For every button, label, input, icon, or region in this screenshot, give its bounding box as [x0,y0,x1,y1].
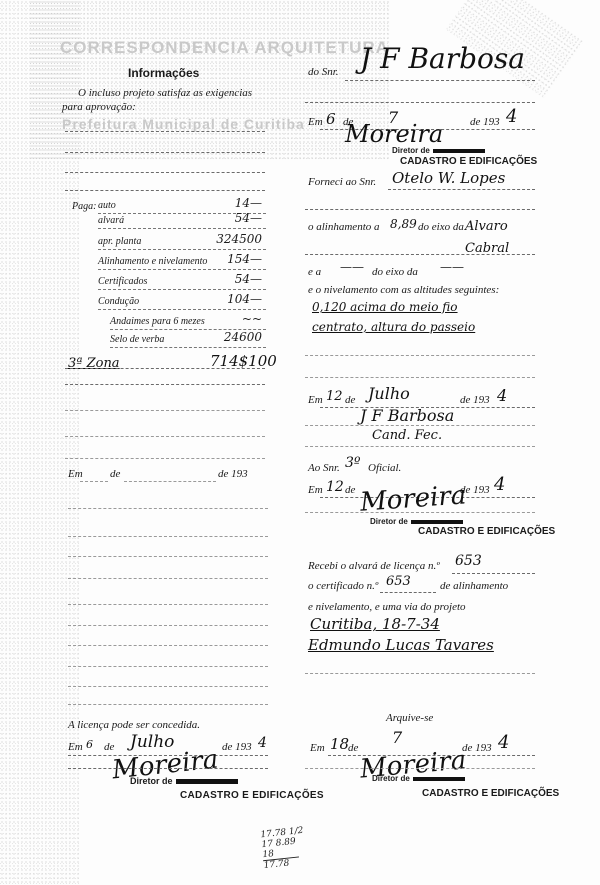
ruled-line [68,645,268,646]
signature-1: Moreira [345,120,443,148]
fee-value: 54— [235,272,262,286]
intro-text-2: para aprovação: [62,101,136,113]
ghost-header-1: CORRESPONDENCIA ARQUITETURA [60,38,389,58]
alinhamento-value: 8,89 [390,217,417,231]
fee-label: Certificados [98,276,147,287]
fee-value: 14— [235,196,262,210]
arquive-label: Arquive-se [386,712,433,724]
recebi-label: Recebi o alvará de licença n.º [308,560,440,572]
ao-snr-label: Ao Snr. [308,462,340,474]
certificado-label: o certificado n.º [308,580,378,592]
signature-2: J F Barbosa [360,406,454,425]
fee-label: Alinhamento e nivelamento [98,256,207,267]
licence-day: 6 [86,738,93,751]
ruled-line [68,625,268,626]
scanned-document-page: CORRESPONDENCIA ARQUITETURA Prefeitura M… [0,0,600,885]
alinhamento-label: o alinhamento a [308,221,380,233]
fee-label: Andaimes para 6 mezes [110,316,205,327]
ruled-line [68,686,268,687]
intro-text: O incluso projeto satisfaz as exigencias [78,87,252,99]
paga-label: Paga: [72,201,96,212]
ruled-line [305,446,535,447]
licence-year: 4 [258,735,267,751]
ruled-line [68,604,268,605]
fee-row: apr. planta324500 [98,236,266,250]
fee-value: 324500 [216,232,262,246]
do-snr-value: J F Barbosa [360,42,525,75]
fee-label: Condução [98,296,139,307]
director-dept-4: CADASTRO E EDIFICAÇÕES [422,788,559,799]
ruled-line [305,377,535,378]
fee-label: apr. planta [98,236,141,247]
ruled-line [65,131,265,132]
ea-value: —— [340,260,364,274]
scan-noise-top [30,0,390,160]
fee-value: ~~ [242,312,262,326]
ruled-line [305,673,535,674]
ruled-line [65,368,265,369]
oficial-label: Oficial. [368,462,401,474]
forneci-label: Forneci ao Snr. [308,176,376,188]
nivelamento-value-2: centrato, altura do passeio [312,320,475,334]
ruled-line [68,704,268,705]
informacoes-title: Informações [128,66,199,80]
director-dept-3: CADASTRO E EDIFICAÇÕES [418,526,555,537]
redaction-bar [176,779,238,784]
fee-row: Alinhamento e nivelamento154— [98,256,266,270]
director-dept: CADASTRO E EDIFICAÇÕES [180,790,324,801]
ruled-line [65,384,265,385]
ea-label: e a [308,266,321,278]
eixo-label: do eixo da [418,221,464,233]
ruled-line [68,536,268,537]
nivelamento-label: e o nivelamento com as altitudes seguint… [308,284,499,296]
recebi-value: 653 [455,553,482,569]
certificado-value: 653 [386,574,411,589]
recipient-signature: Edmundo Lucas Tavares [308,636,494,654]
forneci-value: Otelo W. Lopes [392,169,505,187]
ruled-line [305,209,535,210]
fee-value: 154— [227,252,262,266]
ruled-line [65,458,265,459]
ghost-header-2: Prefeitura Municipal de Curitiba [62,116,305,132]
fee-label: auto [98,200,116,211]
ruled-line [65,190,265,191]
place-date: Curitiba, 18-7-34 [310,615,440,633]
fee-label: alvará [98,215,124,226]
fee-row: alvará54— [98,215,266,229]
director-label: Diretor de [130,776,238,786]
fee-row: Certificados54— [98,276,266,290]
ruled-line [68,768,268,769]
fee-value: 104— [227,292,262,306]
director-label-3: Diretor de [370,517,463,526]
ruled-line [65,172,265,173]
signature-2-title: Cand. Fec. [372,428,442,443]
ruled-line [305,102,535,103]
eixo2-label: do eixo da [372,266,418,278]
ruled-line [65,152,265,153]
certificado-suffix: de alinhamento [440,580,508,592]
ruled-line [68,556,268,557]
ruled-line [65,436,265,437]
ruled-line [65,410,265,411]
ruled-line [68,666,268,667]
director-label-4: Diretor de [372,774,465,783]
fee-row: Condução104— [98,296,266,310]
director-dept-1: CADASTRO E EDIFICAÇÕES [400,156,537,167]
fee-label: Selo de verba [110,334,164,345]
fee-row: Selo de verba24600 [110,334,266,348]
licenca-text: A licença pode ser concedida. [68,719,200,731]
ruled-line [68,508,268,509]
footer-calculation: 17.78 1/2 17 8.89 18 17.78 [260,826,307,871]
director-label-1: Diretor de [392,146,485,155]
nivelamento-value-1: 0,120 acima do meio fio [312,300,458,314]
fee-value: 54— [235,211,262,225]
via-label: e nivelamento, e uma via do projeto [308,601,466,613]
do-snr-label: do Snr. [308,66,339,78]
ruled-line [68,578,268,579]
ao-snr-value: 3º [345,455,361,471]
fee-row: Andaimes para 6 mezes~~ [110,316,266,330]
ruled-line [305,355,535,356]
eixo2-value: —— [440,260,464,274]
fee-value: 24600 [224,330,262,344]
